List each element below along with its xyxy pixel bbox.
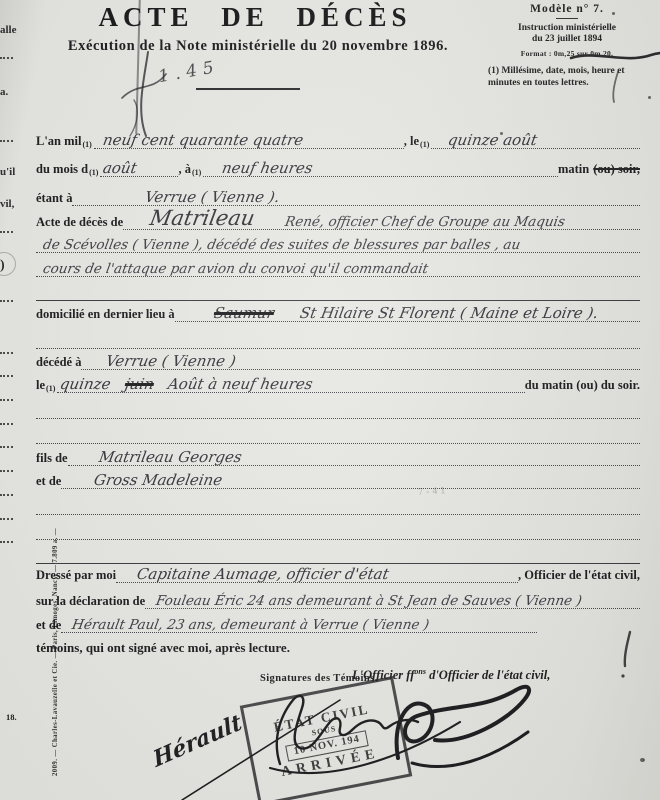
edge-fragment: vil, <box>0 198 14 210</box>
pencil-annotation: 7-41 <box>418 485 449 498</box>
label-etde2: et de <box>36 619 61 633</box>
edge-dash <box>0 231 13 233</box>
footnote-ref: (1) <box>83 140 92 149</box>
label-dresse: Dressé par moi <box>36 569 116 583</box>
field-place: Verrue ( Vienne ). <box>72 190 640 206</box>
label-ou-soir-struck: (ou) soir, <box>593 163 640 177</box>
value-month: août <box>102 161 138 176</box>
value-witness-2: Hérault Paul, 23 ans, demeurant à Verrue… <box>71 619 430 633</box>
field-deceased-line3: cours de l'attaque par avion du convoi q… <box>36 263 640 278</box>
value-officer: Capitaine Aumage, officier d'état <box>136 567 390 582</box>
value-deceased-surname: Matrileau <box>148 208 256 229</box>
value-death-day: quinze <box>59 377 112 392</box>
form-line-domicile: domicilié en dernier lieu à Saumur St Hi… <box>36 301 640 322</box>
label-declaration: sur la déclaration de <box>36 595 145 609</box>
form-line-temoins: témoins, qui ont signé avec moi, après l… <box>36 634 640 655</box>
field-deceased-name: Matrileau René, officier Chef de Groupe … <box>123 208 640 230</box>
stray-ink-mark <box>600 68 630 108</box>
edge-dash <box>0 140 13 142</box>
model-number: Modèle n° 7. <box>478 3 656 15</box>
value-father: Matrileau Georges <box>97 450 242 465</box>
label-a: , à <box>178 163 191 177</box>
form-line-year: L'an mil(1) neuf cent quarante quatre , … <box>36 128 640 149</box>
edge-fragment: alle <box>0 24 17 36</box>
label-etde: et de <box>36 475 61 489</box>
edge-fragment: a. <box>0 86 8 98</box>
instruction-line-2: du 23 juillet 1894 <box>478 34 656 45</box>
field-day: quinze août <box>431 133 640 149</box>
label-etant: étant à <box>36 192 72 206</box>
field-witness-2: Hérault Paul, 23 ans, demeurant à Verrue… <box>61 619 537 634</box>
field-death-date: quinze juin Août à neuf heures <box>57 377 524 393</box>
ink-speck <box>648 96 651 99</box>
signatures-ink <box>130 660 660 800</box>
label-decede: décédé à <box>36 356 81 370</box>
field-officer: Capitaine Aumage, officier d'état <box>116 567 518 583</box>
blank-rule <box>36 539 640 540</box>
value-domicile: St Hilaire St Florent ( Maine et Loire )… <box>298 306 599 321</box>
death-certificate-scan: ACTE DE DÉCÈS Exécution de la Note minis… <box>0 0 660 800</box>
form-line-blank <box>36 398 640 419</box>
field-year: neuf cent quarante quatre <box>94 133 404 149</box>
value-deceased-line2: de Scévolles ( Vienne ), décédé des suit… <box>42 239 522 253</box>
field-father: Matrileau Georges <box>68 450 640 466</box>
edge-dash <box>0 375 13 377</box>
value-death-month-struck: juin <box>124 377 155 392</box>
label-domicile: domicilié en dernier lieu à <box>36 308 175 322</box>
edge-dash <box>0 470 13 472</box>
value-death-month-hour: Août à neuf heures <box>166 377 313 392</box>
label-le2: le <box>36 379 45 393</box>
field-deceased-line2: de Scévolles ( Vienne ), décédé des suit… <box>36 239 640 254</box>
footnote-ref: (1) <box>89 168 98 177</box>
form-line-place: étant à Verrue ( Vienne ). <box>36 185 640 206</box>
form-line-deceased: Acte de décès de Matrileau René, officie… <box>36 206 640 230</box>
value-mother: Gross Madeleine <box>93 473 224 488</box>
edge-fragment: u'il <box>0 166 15 178</box>
flourish-divider <box>567 46 660 70</box>
form-line-father: fils de Matrileau Georges <box>36 445 640 466</box>
blank-rule <box>36 443 640 444</box>
edge-dash <box>0 399 13 401</box>
value-death-place: Verrue ( Vienne ) <box>105 354 237 369</box>
edge-dash <box>0 57 13 59</box>
footnote-ref: (1) <box>46 384 55 393</box>
label-fils: fils de <box>36 452 68 466</box>
value-day: quinze août <box>447 133 539 148</box>
value-hour: neuf heures <box>221 161 314 176</box>
form-line-deceased-3: cours de l'attaque par avion du convoi q… <box>36 256 640 277</box>
form-line-death-place: décédé à Verrue ( Vienne ) <box>36 349 640 370</box>
edge-circle-mark <box>0 252 16 276</box>
edge-dash <box>0 494 13 496</box>
value-place: Verrue ( Vienne ). <box>144 190 281 205</box>
document-title: ACTE DE DÉCÈS <box>70 2 440 33</box>
value-year: neuf cent quarante quatre <box>102 133 305 148</box>
form-line-blank <box>36 423 640 444</box>
form-line-blank <box>36 328 640 349</box>
blank-rule <box>36 418 640 419</box>
ink-speck <box>640 758 645 762</box>
field-hour: neuf heures <box>203 161 558 177</box>
form-line-month: du mois d(1) août , à(1) neuf heures mat… <box>36 156 640 177</box>
form-line-blank <box>36 280 640 301</box>
form-line-officer: Dressé par moi Capitaine Aumage, officie… <box>36 562 640 583</box>
field-witness-1: Fouleau Éric 24 ans demeurant à St Jean … <box>145 595 640 610</box>
ink-speck <box>500 132 503 135</box>
ink-scribble <box>100 40 230 140</box>
edge-dash <box>0 352 13 354</box>
label-officier-civil: , Officier de l'état civil, <box>518 569 640 583</box>
label-acte: Acte de décès de <box>36 216 123 230</box>
instruction-line-1: Instruction ministérielle <box>478 23 656 34</box>
form-line-blank <box>36 543 640 564</box>
footnote-ref: (1) <box>420 140 429 149</box>
form-line-blank <box>36 494 640 515</box>
edge-dash <box>0 446 13 448</box>
value-deceased-details: René, officier Chef de Groupe au Maquis <box>283 216 565 230</box>
label-mois: du mois d <box>36 163 88 177</box>
form-line-blank <box>36 519 640 540</box>
field-month: août <box>100 161 178 177</box>
form-line-deceased-2: de Scévolles ( Vienne ), décédé des suit… <box>36 232 640 253</box>
ink-speck <box>612 12 615 15</box>
label-temoins: témoins, qui ont signé avec moi, après l… <box>36 641 290 655</box>
field-mother: Gross Madeleine <box>61 473 640 489</box>
value-domicile-struck: Saumur <box>212 306 275 321</box>
edge-dash <box>0 518 13 520</box>
form-line-witness-1: sur la déclaration de Fouleau Éric 24 an… <box>36 588 640 609</box>
value-deceased-line3: cours de l'attaque par avion du convoi q… <box>42 263 429 277</box>
edge-dash <box>0 541 13 543</box>
edge-dash <box>0 423 13 425</box>
footnote-ref: (1) <box>192 168 201 177</box>
field-death-place: Verrue ( Vienne ) <box>81 354 640 370</box>
label-matin-soir: du matin (ou) du soir. <box>525 379 640 393</box>
label-an: L'an mil <box>36 135 82 149</box>
form-line-mother: et de Gross Madeleine <box>36 468 640 489</box>
form-line-death-date: le(1) quinze juin Août à neuf heures du … <box>36 372 640 393</box>
model-dash <box>556 18 578 19</box>
label-le: , le <box>404 135 419 149</box>
value-witness-1: Fouleau Éric 24 ans demeurant à St Jean … <box>155 595 583 609</box>
form-line-witness-2: et de Hérault Paul, 23 ans, demeurant à … <box>36 612 640 633</box>
page-number: 18. <box>6 712 17 722</box>
stray-ink-mark <box>598 628 648 688</box>
edge-dash <box>0 300 13 302</box>
field-domicile: Saumur St Hilaire St Florent ( Maine et … <box>175 306 640 322</box>
label-matin: matin <box>558 163 589 177</box>
blank-rule <box>36 514 640 515</box>
